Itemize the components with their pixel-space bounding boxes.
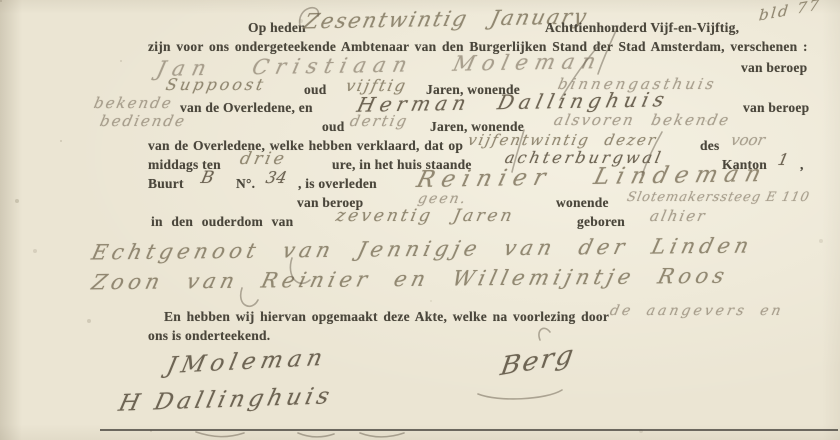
printed-van-beroep-2: van beroep — [743, 101, 809, 116]
handwritten-parents-line: Zoon van Reinier en Willemijntje Roos — [90, 265, 731, 294]
printed-is-overleden: , is overleden — [298, 177, 377, 192]
printed-oud-1: oud — [304, 83, 327, 98]
handwritten-witness2-occupation: bediende — [98, 114, 187, 130]
printed-verklaard-line: van de Overledene, welke hebben verklaar… — [148, 139, 463, 154]
signature-witness1: JMoleman — [164, 346, 329, 378]
printed-comma: , — [800, 158, 804, 173]
printed-closing-line2: ons is onderteekend. — [148, 329, 270, 344]
handwritten-house-number: 34 — [264, 170, 288, 187]
printed-geboren: geboren — [577, 215, 625, 230]
printed-op-heden: Op heden — [248, 21, 306, 36]
printed-no-label: N°. — [236, 177, 255, 192]
handwritten-deceased-residence: Slotemakerssteeg E 110 — [626, 191, 811, 205]
handwritten-witness1-relation: bekende — [92, 96, 174, 112]
handwritten-deceased-age: zeventig Jaren — [334, 208, 516, 226]
printed-year: Achttienhonderd Vijf-en-Vijftig, — [545, 21, 739, 36]
printed-overledene-en: van de Overledene, en — [180, 101, 313, 116]
signature-registrar: Berg — [499, 342, 578, 381]
paper-specks — [0, 0, 2, 2]
handwritten-birthplace: alhier — [648, 209, 708, 225]
printed-closing-line1: En hebben wij hiervan opgemaakt deze Akt… — [164, 310, 609, 325]
handwritten-death-date: vijfentwintig dezer — [466, 133, 658, 149]
handwritten-buurt-letter: B — [199, 170, 215, 188]
folio-note: bld 77 — [758, 0, 821, 24]
printed-des: des — [700, 139, 720, 154]
handwritten-deceased-occupation: geen. — [416, 192, 468, 207]
handwritten-deceased-name: Reinier Lindeman — [414, 162, 770, 192]
printed-wonende: wonende — [556, 196, 609, 211]
handwritten-spouse-line: Echtgenoot van Jennigje van der Linden — [90, 235, 756, 264]
printed-oud-2: oud — [322, 120, 345, 135]
handwritten-witness2-age: dertig — [348, 114, 409, 130]
bottom-divider-rule — [100, 429, 838, 431]
handwritten-witness1-occupation: Suppoost — [164, 77, 267, 94]
death-certificate-page: bld 77 Op heden Zesentwintig January Ach… — [0, 0, 840, 440]
signature-witness2: H Dallinghuis — [116, 384, 335, 416]
printed-buurt: Buurt — [148, 177, 184, 192]
handwritten-witness2-residence: alsvoren bekende — [552, 113, 731, 129]
handwritten-kanton-number: 1 — [776, 152, 790, 169]
printed-van-beroep-1: van beroep — [741, 61, 807, 76]
printed-ouderdom: in den ouderdom van — [151, 215, 293, 230]
handwritten-readers: de aangevers en — [608, 304, 785, 319]
handwritten-hour: drie — [238, 151, 288, 169]
handwritten-daypart: voor — [729, 133, 766, 149]
